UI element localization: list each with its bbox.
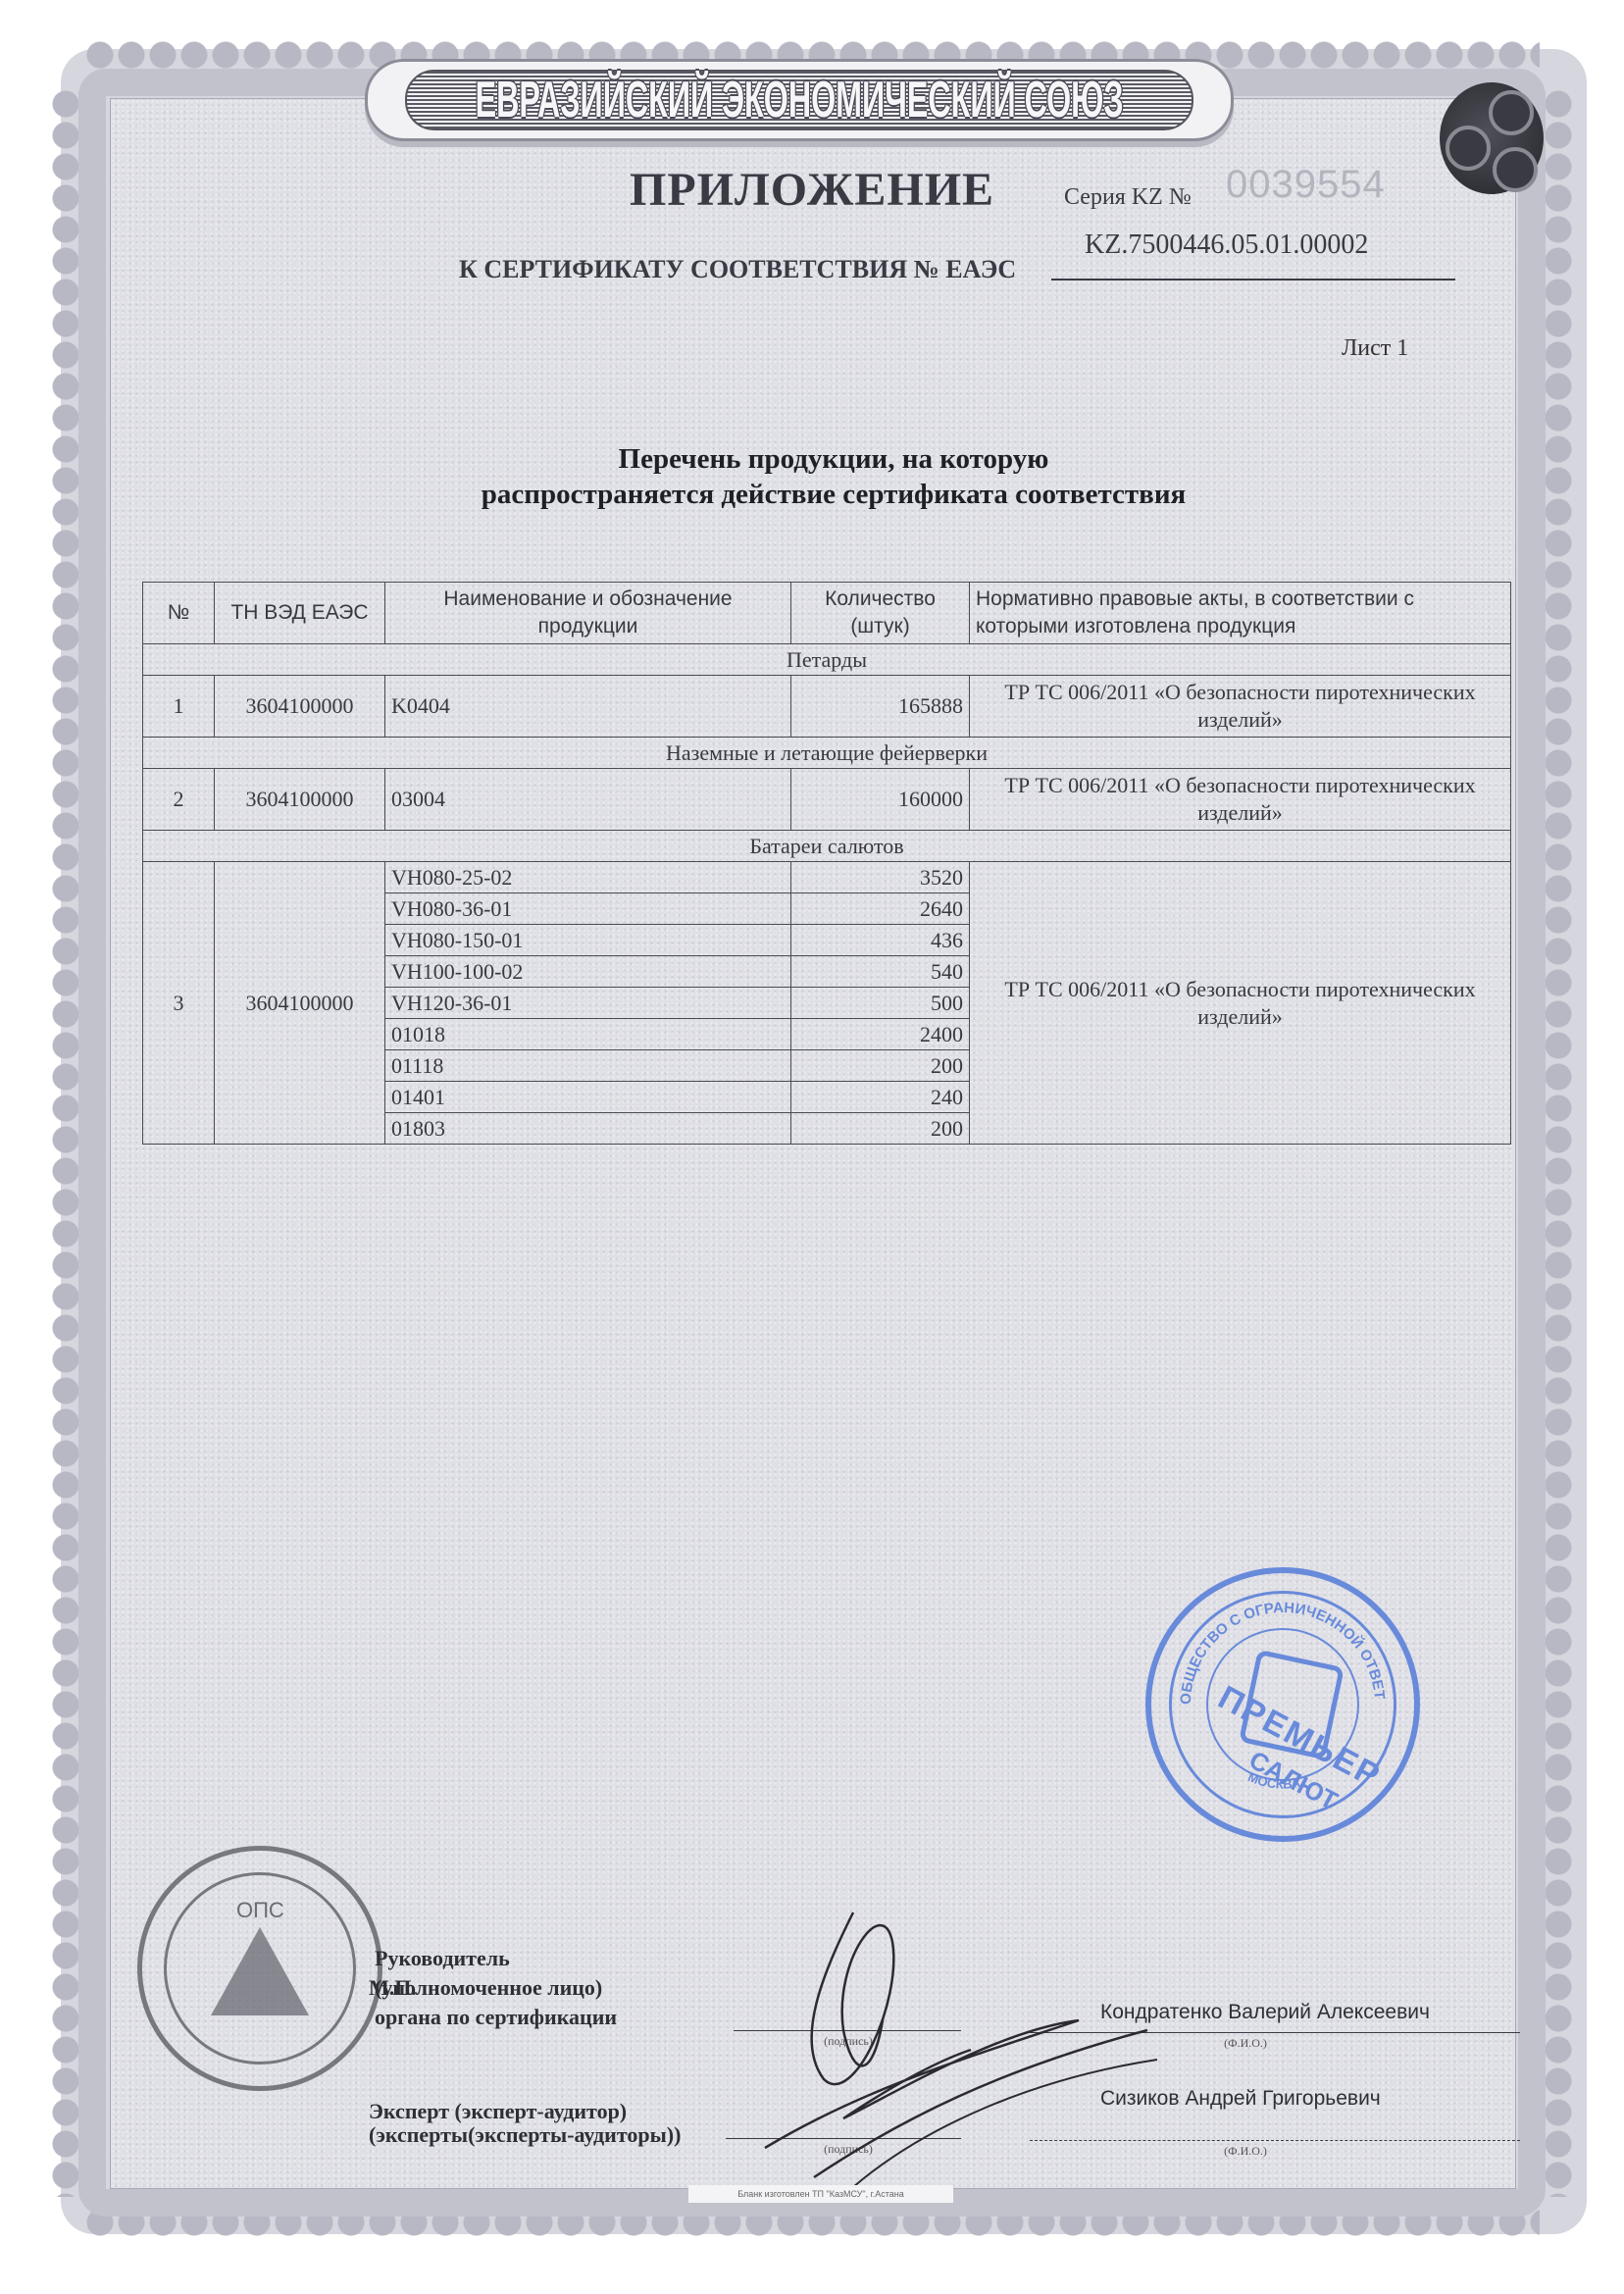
hologram-ring-icon — [1493, 147, 1538, 192]
column-header-quantity: Количество (штук) — [791, 583, 970, 644]
product-name: VH080-36-01 — [385, 893, 791, 925]
product-name: VH080-150-01 — [385, 925, 791, 956]
regulation-reference: ТР ТС 006/2011 «О безопасности пиротехни… — [970, 769, 1511, 831]
product-name: 03004 — [385, 769, 791, 831]
table-row: 2360410000003004160000ТР ТС 006/2011 «О … — [143, 769, 1511, 831]
product-quantity: 200 — [791, 1050, 970, 1082]
sheet-number: Лист 1 — [1342, 335, 1408, 362]
tnved-code: 3604100000 — [215, 862, 385, 1145]
product-quantity: 3520 — [791, 862, 970, 893]
series-label: Серия KZ № — [1064, 184, 1192, 211]
product-quantity: 200 — [791, 1113, 970, 1145]
table-row: 13604100000K0404165888ТР ТС 006/2011 «О … — [143, 676, 1511, 738]
row-number: 1 — [143, 676, 215, 738]
company-stamp: ОБЩЕСТВО С ОГРАНИЧЕННОЙ ОТВЕТСТВЕННОСТЬЮ… — [1145, 1567, 1420, 1842]
table-row: 33604100000VH080-25-023520ТР ТС 006/2011… — [143, 862, 1511, 893]
hologram-seal-icon — [1440, 82, 1544, 194]
product-quantity: 160000 — [791, 769, 970, 831]
product-name: VH100-100-02 — [385, 956, 791, 988]
table-section-row: Петарды — [143, 644, 1511, 676]
certificate-number: KZ.7500446.05.01.00002 — [1085, 229, 1368, 261]
printer-note: Бланк изготовлен ТП "КазМСУ", г.Астана — [688, 2185, 953, 2203]
product-name: 01018 — [385, 1019, 791, 1050]
product-quantity: 500 — [791, 988, 970, 1019]
section-title: Петарды — [143, 644, 1511, 676]
table-section-row: Батареи салютов — [143, 831, 1511, 862]
product-quantity: 540 — [791, 956, 970, 988]
column-header-number: № — [143, 583, 215, 644]
regulation-reference: ТР ТС 006/2011 «О безопасности пиротехни… — [970, 862, 1511, 1145]
row-number: 3 — [143, 862, 215, 1145]
row-number: 2 — [143, 769, 215, 831]
union-banner: ЕВРАЗИЙСКИЙ ЭКОНОМИЧЕСКИЙ СОЮЗ — [365, 59, 1234, 141]
table-section-row: Наземные и летающие фейерверки — [143, 738, 1511, 769]
column-header-regulations: Нормативно правовые акты, в соответствии… — [970, 583, 1511, 644]
section-title: Батареи салютов — [143, 831, 1511, 862]
regulation-reference: ТР ТС 006/2011 «О безопасности пиротехни… — [970, 676, 1511, 738]
column-header-tnved: ТН ВЭД ЕАЭС — [215, 583, 385, 644]
product-table: № ТН ВЭД ЕАЭС Наименование и обозначение… — [142, 582, 1511, 1145]
page-title: ПРИЛОЖЕНИЕ — [630, 163, 994, 217]
tnved-code: 3604100000 — [215, 769, 385, 831]
hologram-ring-icon — [1446, 126, 1491, 171]
handwritten-signature-icon — [706, 1883, 1177, 2197]
list-title-line1: Перечень продукции, на которую — [392, 441, 1275, 477]
series-number: 0039554 — [1226, 163, 1386, 207]
product-name: 01118 — [385, 1050, 791, 1082]
decorative-border-right — [1544, 88, 1573, 2197]
product-quantity: 2400 — [791, 1019, 970, 1050]
product-quantity: 240 — [791, 1082, 970, 1113]
product-name: 01803 — [385, 1113, 791, 1145]
product-quantity: 436 — [791, 925, 970, 956]
tnved-code: 3604100000 — [215, 676, 385, 738]
product-quantity: 2640 — [791, 893, 970, 925]
head-fio-caption: (Ф.И.О.) — [1177, 2036, 1314, 2051]
certificate-label: К СЕРТИФИКАТУ СООТВЕТСТВИЯ № ЕАЭС — [459, 255, 1016, 284]
head-label-line1: Руководитель — [375, 1946, 510, 1971]
section-title: Наземные и летающие фейерверки — [143, 738, 1511, 769]
union-banner-text: ЕВРАЗИЙСКИЙ ЭКОНОМИЧЕСКИЙ СОЮЗ — [475, 71, 1123, 129]
expert-label-line1: Эксперт (эксперт-аудитор) — [369, 2099, 627, 2124]
column-header-name: Наименование и обозначение продукции — [385, 583, 791, 644]
product-quantity: 165888 — [791, 676, 970, 738]
head-label-line3: органа по сертификации — [375, 2005, 617, 2030]
head-label-line2: (уполномоченное лицо) — [375, 1975, 602, 2001]
certification-body-stamp: ОПС — [137, 1846, 382, 2091]
product-name: K0404 — [385, 676, 791, 738]
list-title-line2: распространяется действие сертификата со… — [392, 477, 1275, 512]
certificate-number-underline — [1051, 279, 1455, 280]
expert-fio-caption: (Ф.И.О.) — [1177, 2144, 1314, 2159]
stamp-ops-text: ОПС — [236, 1898, 284, 1923]
stamp-triangle-icon — [211, 1927, 309, 2015]
product-name: VH080-25-02 — [385, 862, 791, 893]
hologram-ring-icon — [1489, 90, 1534, 135]
table-header-row: № ТН ВЭД ЕАЭС Наименование и обозначение… — [143, 583, 1511, 644]
expert-label-line2: (эксперты(эксперты-аудиторы)) — [369, 2122, 681, 2148]
product-name: VH120-36-01 — [385, 988, 791, 1019]
product-name: 01401 — [385, 1082, 791, 1113]
decorative-border-left — [51, 88, 80, 2197]
table-body: Петарды13604100000K0404165888ТР ТС 006/2… — [143, 644, 1511, 1145]
